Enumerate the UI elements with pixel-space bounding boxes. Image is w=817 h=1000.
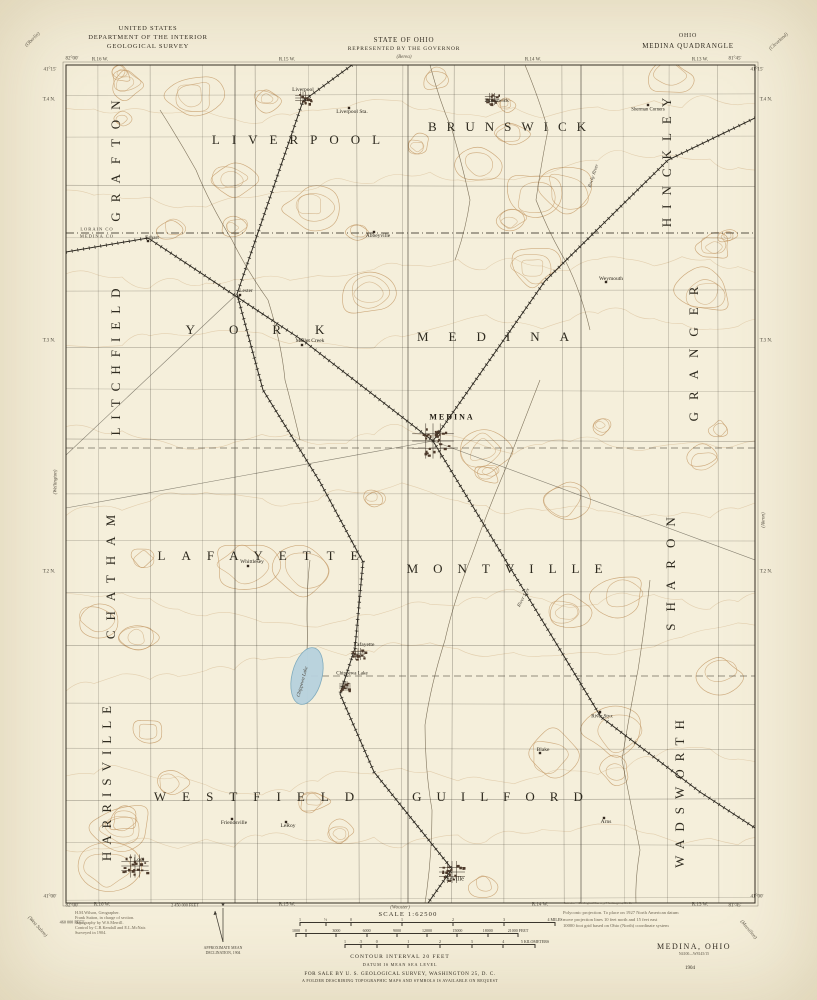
- folder-note: A FOLDER DESCRIBING TOPOGRAPHIC MAPS AND…: [302, 978, 498, 983]
- scale-bar-kilometers: 1.5012345 KILOMETERS: [345, 944, 535, 949]
- state-subtitle: REPRESENTED BY THE GOVERNOR: [348, 46, 461, 52]
- sheet-code: N4100—W8145/15: [679, 952, 709, 956]
- scale-label: SCALE 1:62500: [378, 911, 437, 918]
- adjoining-quad-north: (Berea): [396, 55, 411, 60]
- sale-note: FOR SALE BY U. S. GEOLOGICAL SURVEY, WAS…: [304, 971, 495, 977]
- declination-caption-2: DECLINATION, 1904: [206, 951, 241, 955]
- credit-line: Surveyed in 1904.: [75, 930, 146, 935]
- agency-line-1: UNITED STATES: [119, 25, 178, 32]
- projection-line: move projection lines 10 feet north and …: [563, 917, 679, 924]
- topo-map-sheet: ★ UNITED STATES DEPARTMENT OF THE INTERI…: [0, 0, 817, 1000]
- scale-bar-miles: 1½01234 MILES: [300, 922, 555, 927]
- topographic-map-canvas: ★: [0, 0, 817, 1000]
- agency-line-3: GEOLOGICAL SURVEY: [107, 43, 189, 50]
- projection-line: 10000 foot grid based on Ohio (North) co…: [563, 923, 679, 930]
- quad-title: MEDINA QUADRANGLE: [642, 42, 734, 50]
- edition-year: 1904: [685, 966, 695, 971]
- engraver-imprint: Interior—Geological Survey, Washington, …: [564, 901, 631, 905]
- contour-interval-note: CONTOUR INTERVAL 20 FEET: [350, 954, 449, 960]
- declination-caption-1: APPROXIMATE MEAN: [204, 946, 243, 950]
- svg-text:★: ★: [221, 902, 226, 908]
- scale-bar-feet: 1000030006000900012000150001800021000 FE…: [296, 933, 518, 938]
- state-title: STATE OF OHIO: [374, 36, 435, 44]
- agency-line-2: DEPARTMENT OF THE INTERIOR: [88, 34, 207, 41]
- projection-notes: Polyconic projection. To place on 1927 N…: [563, 910, 679, 930]
- sheet-title: MEDINA, OHIO: [657, 942, 731, 951]
- projection-line: Polyconic projection. To place on 1927 N…: [563, 910, 679, 917]
- quad-state-label: OHIO: [679, 33, 697, 39]
- survey-credits: H.M.Wilson, Geographer. Frank Sutton, in…: [75, 910, 146, 935]
- datum-note: DATUM IS MEAN SEA LEVEL: [363, 962, 437, 967]
